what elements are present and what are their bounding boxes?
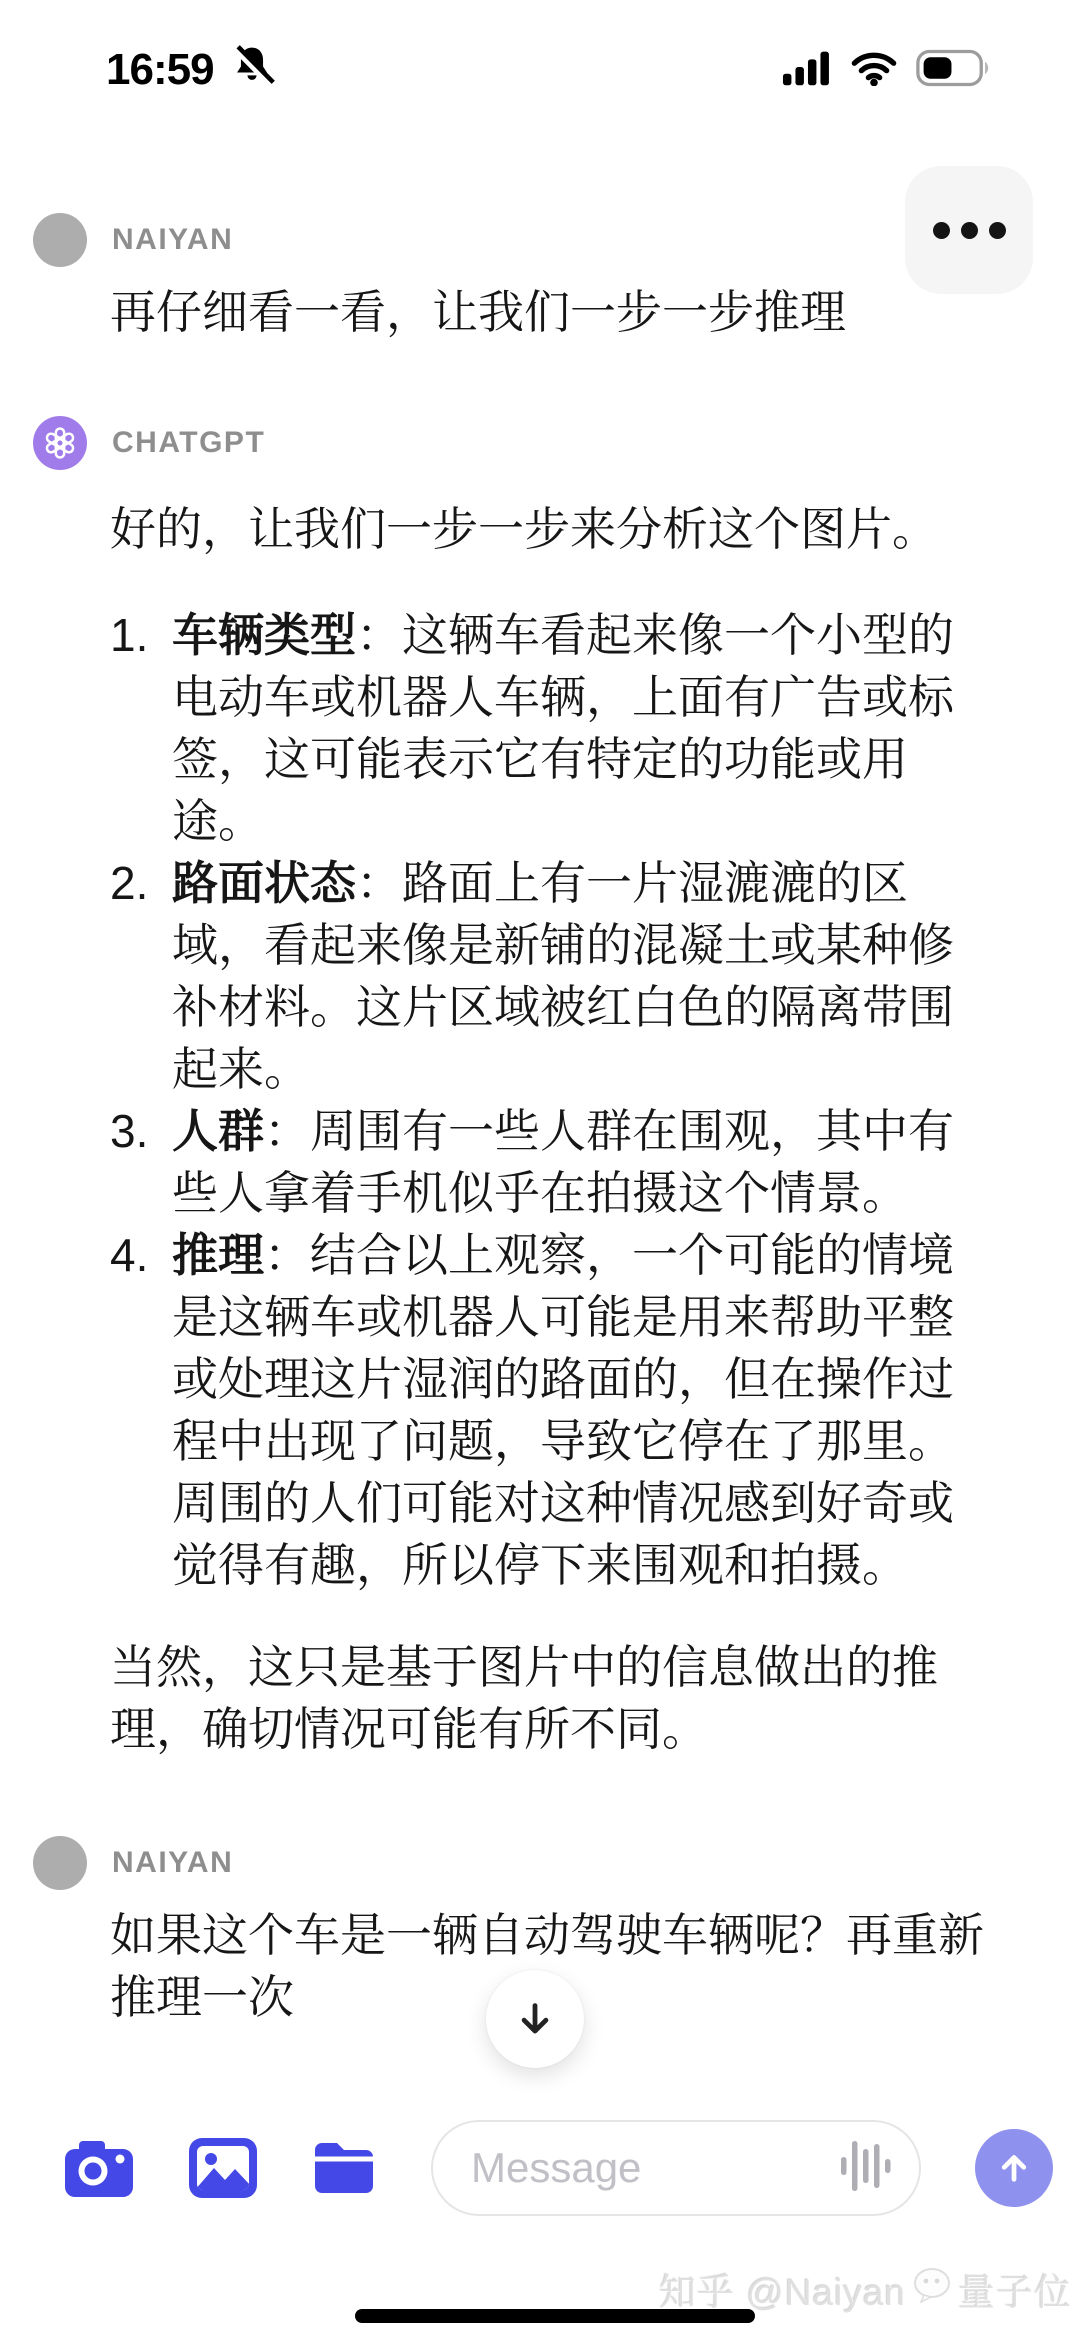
message-header: CHATGPT [33,416,1047,470]
status-bar: 16:59 [0,38,1080,102]
clock-time: 16:59 [106,45,214,95]
list-item: 3. 人群：周围有一些人群在围观，其中有些人拿着手机似乎在拍摄这个情景。 [110,1100,1015,1224]
message-header: NAIYAN [33,213,1047,267]
analysis-list: 1. 车辆类型：这辆车看起来像一个小型的电动车或机器人车辆，上面有广告或标签，这… [110,604,1015,1596]
home-indicator[interactable] [355,2309,755,2323]
arrow-down-icon [512,1996,558,2042]
files-button[interactable] [311,2140,377,2196]
camera-icon [63,2137,135,2199]
bell-slash-icon [226,42,278,99]
user-avatar[interactable] [33,213,87,267]
wechat-bubble-icon [910,2265,954,2314]
arrow-up-send-icon [993,2147,1035,2189]
message-text: 再仔细看一看，让我们一步一步推理 [110,281,1015,343]
photo-icon [189,2138,257,2198]
cellular-signal-icon [782,50,832,91]
watermark: 知乎 @Naiyan 量子位 [659,2262,1072,2316]
list-item: 2. 路面状态：路面上有一片湿漉漉的区域，看起来像是新铺的混凝土或某种修补材料。… [110,852,1015,1100]
message-header: NAIYAN [33,1836,1047,1890]
assistant-intro: 好的，让我们一步一步来分析这个图片。 [110,498,1015,560]
scroll-to-bottom-button[interactable] [486,1970,584,2068]
assistant-outro: 当然，这只是基于图片中的信息做出的推理，确切情况可能有所不同。 [110,1636,1015,1760]
list-item: 1. 车辆类型：这辆车看起来像一个小型的电动车或机器人车辆，上面有广告或标签，这… [110,604,1015,852]
speaker-name: NAIYAN [112,1846,233,1880]
openai-logo-icon [41,424,79,462]
user-avatar[interactable] [33,1836,87,1890]
message-assistant: CHATGPT 好的，让我们一步一步来分析这个图片。 1. 车辆类型：这辆车看起… [33,416,1047,1760]
waveform-icon[interactable] [839,2135,893,2202]
message-input-pill [431,2120,921,2216]
camera-button[interactable] [63,2137,135,2199]
photo-library-button[interactable] [189,2138,257,2198]
battery-icon [916,49,992,92]
message-user-1: NAIYAN 再仔细看一看，让我们一步一步推理 [33,213,1047,343]
chatgpt-avatar[interactable] [33,416,87,470]
speaker-name: CHATGPT [112,426,265,460]
message-input[interactable] [469,2143,839,2193]
send-button[interactable] [975,2129,1053,2207]
composer-bar [0,2118,1080,2218]
wifi-icon [850,50,898,91]
speaker-name: NAIYAN [112,223,233,257]
watermark-brand: 量子位 [958,2262,1072,2316]
folder-icon [311,2140,377,2196]
list-item: 4. 推理：结合以上观察，一个可能的情境是这辆车或机器人可能是用来帮助平整或处理… [110,1224,1015,1596]
watermark-text: 知乎 @Naiyan [659,2262,906,2316]
